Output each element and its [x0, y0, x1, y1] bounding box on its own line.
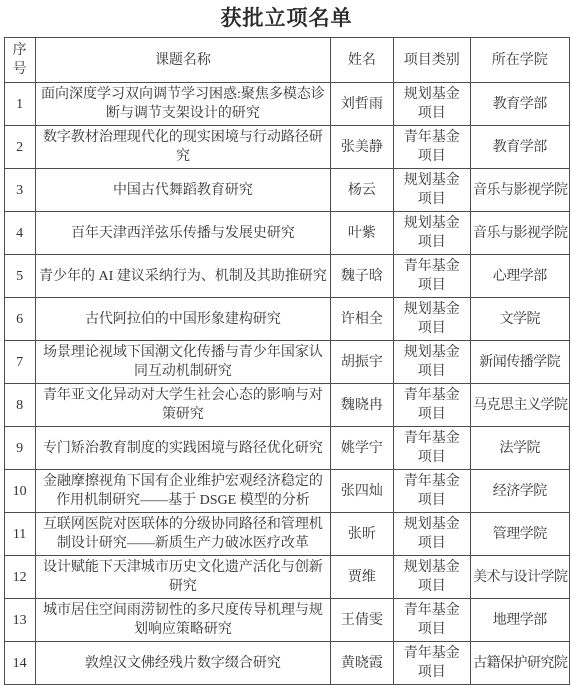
serial-number-cell: 14 [4, 642, 35, 685]
project-category-cell: 青年基金项目 [393, 255, 470, 298]
project-title-cell: 城市居住空间雨涝韧性的多尺度传导机理与规划响应策略研究 [35, 599, 331, 642]
col-header-project-title: 课题名称 [35, 38, 331, 83]
table-row: 1 面向深度学习双向调节学习困惑:聚焦多模态诊断与调节支架设计的研究 刘哲雨 规… [4, 83, 569, 126]
project-category-cell: 青年基金项目 [393, 599, 470, 642]
project-category-text: 规划基金项目 [401, 343, 463, 381]
serial-number-cell: 9 [4, 427, 35, 470]
college-cell: 美术与设计学院 [470, 556, 569, 599]
table-row: 3 中国古代舞蹈教育研究 杨云 规划基金项目 音乐与影视学院 [4, 169, 569, 212]
col-header-serial-number: 序号 [4, 38, 35, 83]
person-name-cell: 胡振宇 [331, 341, 393, 384]
project-category-text: 规划基金项目 [401, 171, 463, 209]
college-cell: 古籍保护研究院 [470, 642, 569, 685]
table-row: 9 专门矫治教育制度的实践困境与路径优化研究 姚学宁 青年基金项目 法学院 [4, 427, 569, 470]
project-category-text: 规划基金项目 [401, 300, 463, 338]
serial-number-cell: 1 [4, 83, 35, 126]
project-title-cell: 数字教材治理现代化的现实困境与行动路径研究 [35, 126, 331, 169]
table-row: 13 城市居住空间雨涝韧性的多尺度传导机理与规划响应策略研究 王倩雯 青年基金项… [4, 599, 569, 642]
serial-number-cell: 2 [4, 126, 35, 169]
project-category-text: 青年基金项目 [401, 128, 463, 166]
project-category-text: 规划基金项目 [401, 214, 463, 252]
serial-number-cell: 6 [4, 298, 35, 341]
person-name-cell: 刘哲雨 [331, 83, 393, 126]
table-body: 1 面向深度学习双向调节学习困惑:聚焦多模态诊断与调节支架设计的研究 刘哲雨 规… [4, 83, 569, 685]
person-name-cell: 许相全 [331, 298, 393, 341]
table-row: 11 互联网医院对医联体的分级协同路径和管理机制设计研究——新质生产力破冰医疗改… [4, 513, 569, 556]
page-title: 获批立项名单 [0, 5, 573, 31]
table-row: 14 敦煌汉文佛经残片数字缀合研究 黄晓霞 青年基金项目 古籍保护研究院 [4, 642, 569, 685]
project-category-cell: 青年基金项目 [393, 384, 470, 427]
project-category-cell: 规划基金项目 [393, 212, 470, 255]
person-name-cell: 姚学宁 [331, 427, 393, 470]
project-category-cell: 青年基金项目 [393, 126, 470, 169]
person-name-cell: 叶紫 [331, 212, 393, 255]
college-cell: 法学院 [470, 427, 569, 470]
project-title-cell: 青年亚文化异动对大学生社会心态的影响与对策研究 [35, 384, 331, 427]
project-title-cell: 古代阿拉伯的中国形象建构研究 [35, 298, 331, 341]
college-cell: 新闻传播学院 [470, 341, 569, 384]
college-cell: 音乐与影视学院 [470, 169, 569, 212]
project-title-cell: 中国古代舞蹈教育研究 [35, 169, 331, 212]
serial-number-cell: 7 [4, 341, 35, 384]
serial-number-cell: 4 [4, 212, 35, 255]
table-row: 10 金融摩擦视角下国有企业维护宏观经济稳定的作用机制研究——基于 DSGE 模… [4, 470, 569, 513]
college-cell: 教育学部 [470, 83, 569, 126]
college-cell: 音乐与影视学院 [470, 212, 569, 255]
project-title-cell: 青少年的 AI 建议采纳行为、机制及其助推研究 [35, 255, 331, 298]
person-name-cell: 黄晓霞 [331, 642, 393, 685]
serial-number-cell: 8 [4, 384, 35, 427]
project-title-cell: 百年天津西洋弦乐传播与发展史研究 [35, 212, 331, 255]
document-page: 获批立项名单 序号 课题名称 姓名 项目类别 所在学院 1 面向深度学习双向调节… [0, 0, 573, 685]
college-cell: 心理学部 [470, 255, 569, 298]
college-cell: 马克思主义学院 [470, 384, 569, 427]
project-category-text: 规划基金项目 [401, 515, 463, 553]
person-name-cell: 魏子晗 [331, 255, 393, 298]
project-title-cell: 场景理论视域下国潮文化传播与青少年国家认同互动机制研究 [35, 341, 331, 384]
project-category-cell: 规划基金项目 [393, 341, 470, 384]
project-title-cell: 设计赋能下天津城市历史文化遗产活化与创新研究 [35, 556, 331, 599]
table-row: 2 数字教材治理现代化的现实困境与行动路径研究 张美静 青年基金项目 教育学部 [4, 126, 569, 169]
table-row: 6 古代阿拉伯的中国形象建构研究 许相全 规划基金项目 文学院 [4, 298, 569, 341]
project-category-text: 青年基金项目 [401, 429, 463, 467]
table-row: 4 百年天津西洋弦乐传播与发展史研究 叶紫 规划基金项目 音乐与影视学院 [4, 212, 569, 255]
person-name-cell: 魏晓冉 [331, 384, 393, 427]
person-name-cell: 贾维 [331, 556, 393, 599]
project-category-text: 青年基金项目 [401, 386, 463, 424]
serial-number-cell: 13 [4, 599, 35, 642]
project-category-cell: 青年基金项目 [393, 642, 470, 685]
approved-projects-table: 序号 课题名称 姓名 项目类别 所在学院 1 面向深度学习双向调节学习困惑:聚焦… [4, 37, 570, 685]
college-cell: 经济学院 [470, 470, 569, 513]
college-cell: 教育学部 [470, 126, 569, 169]
project-category-cell: 规划基金项目 [393, 513, 470, 556]
project-category-text: 青年基金项目 [401, 601, 463, 639]
table-row: 12 设计赋能下天津城市历史文化遗产活化与创新研究 贾维 规划基金项目 美术与设… [4, 556, 569, 599]
project-category-cell: 规划基金项目 [393, 83, 470, 126]
project-title-cell: 专门矫治教育制度的实践困境与路径优化研究 [35, 427, 331, 470]
person-name-cell: 张美静 [331, 126, 393, 169]
project-category-cell: 规划基金项目 [393, 556, 470, 599]
col-header-college: 所在学院 [470, 38, 569, 83]
project-category-text: 青年基金项目 [401, 644, 463, 682]
project-category-text: 青年基金项目 [401, 257, 463, 295]
project-title-cell: 金融摩擦视角下国有企业维护宏观经济稳定的作用机制研究——基于 DSGE 模型的分… [35, 470, 331, 513]
project-category-text: 规划基金项目 [401, 85, 463, 123]
college-cell: 文学院 [470, 298, 569, 341]
col-header-project-category: 项目类别 [393, 38, 470, 83]
project-category-text: 规划基金项目 [401, 558, 463, 596]
project-title-cell: 面向深度学习双向调节学习困惑:聚焦多模态诊断与调节支架设计的研究 [35, 83, 331, 126]
project-title-cell: 互联网医院对医联体的分级协同路径和管理机制设计研究——新质生产力破冰医疗改革 [35, 513, 331, 556]
project-category-cell: 青年基金项目 [393, 427, 470, 470]
project-category-cell: 规划基金项目 [393, 298, 470, 341]
table-row: 8 青年亚文化异动对大学生社会心态的影响与对策研究 魏晓冉 青年基金项目 马克思… [4, 384, 569, 427]
serial-number-cell: 3 [4, 169, 35, 212]
person-name-cell: 张四灿 [331, 470, 393, 513]
serial-number-cell: 5 [4, 255, 35, 298]
header-row: 序号 课题名称 姓名 项目类别 所在学院 [4, 38, 569, 83]
project-category-cell: 规划基金项目 [393, 169, 470, 212]
project-category-cell: 青年基金项目 [393, 470, 470, 513]
table-row: 5 青少年的 AI 建议采纳行为、机制及其助推研究 魏子晗 青年基金项目 心理学… [4, 255, 569, 298]
person-name-cell: 张昕 [331, 513, 393, 556]
serial-number-cell: 12 [4, 556, 35, 599]
project-category-text: 青年基金项目 [401, 472, 463, 510]
table-row: 7 场景理论视域下国潮文化传播与青少年国家认同互动机制研究 胡振宇 规划基金项目… [4, 341, 569, 384]
college-cell: 地理学部 [470, 599, 569, 642]
serial-number-cell: 11 [4, 513, 35, 556]
college-cell: 管理学院 [470, 513, 569, 556]
person-name-cell: 杨云 [331, 169, 393, 212]
person-name-cell: 王倩雯 [331, 599, 393, 642]
project-title-cell: 敦煌汉文佛经残片数字缀合研究 [35, 642, 331, 685]
serial-number-cell: 10 [4, 470, 35, 513]
col-header-person-name: 姓名 [331, 38, 393, 83]
